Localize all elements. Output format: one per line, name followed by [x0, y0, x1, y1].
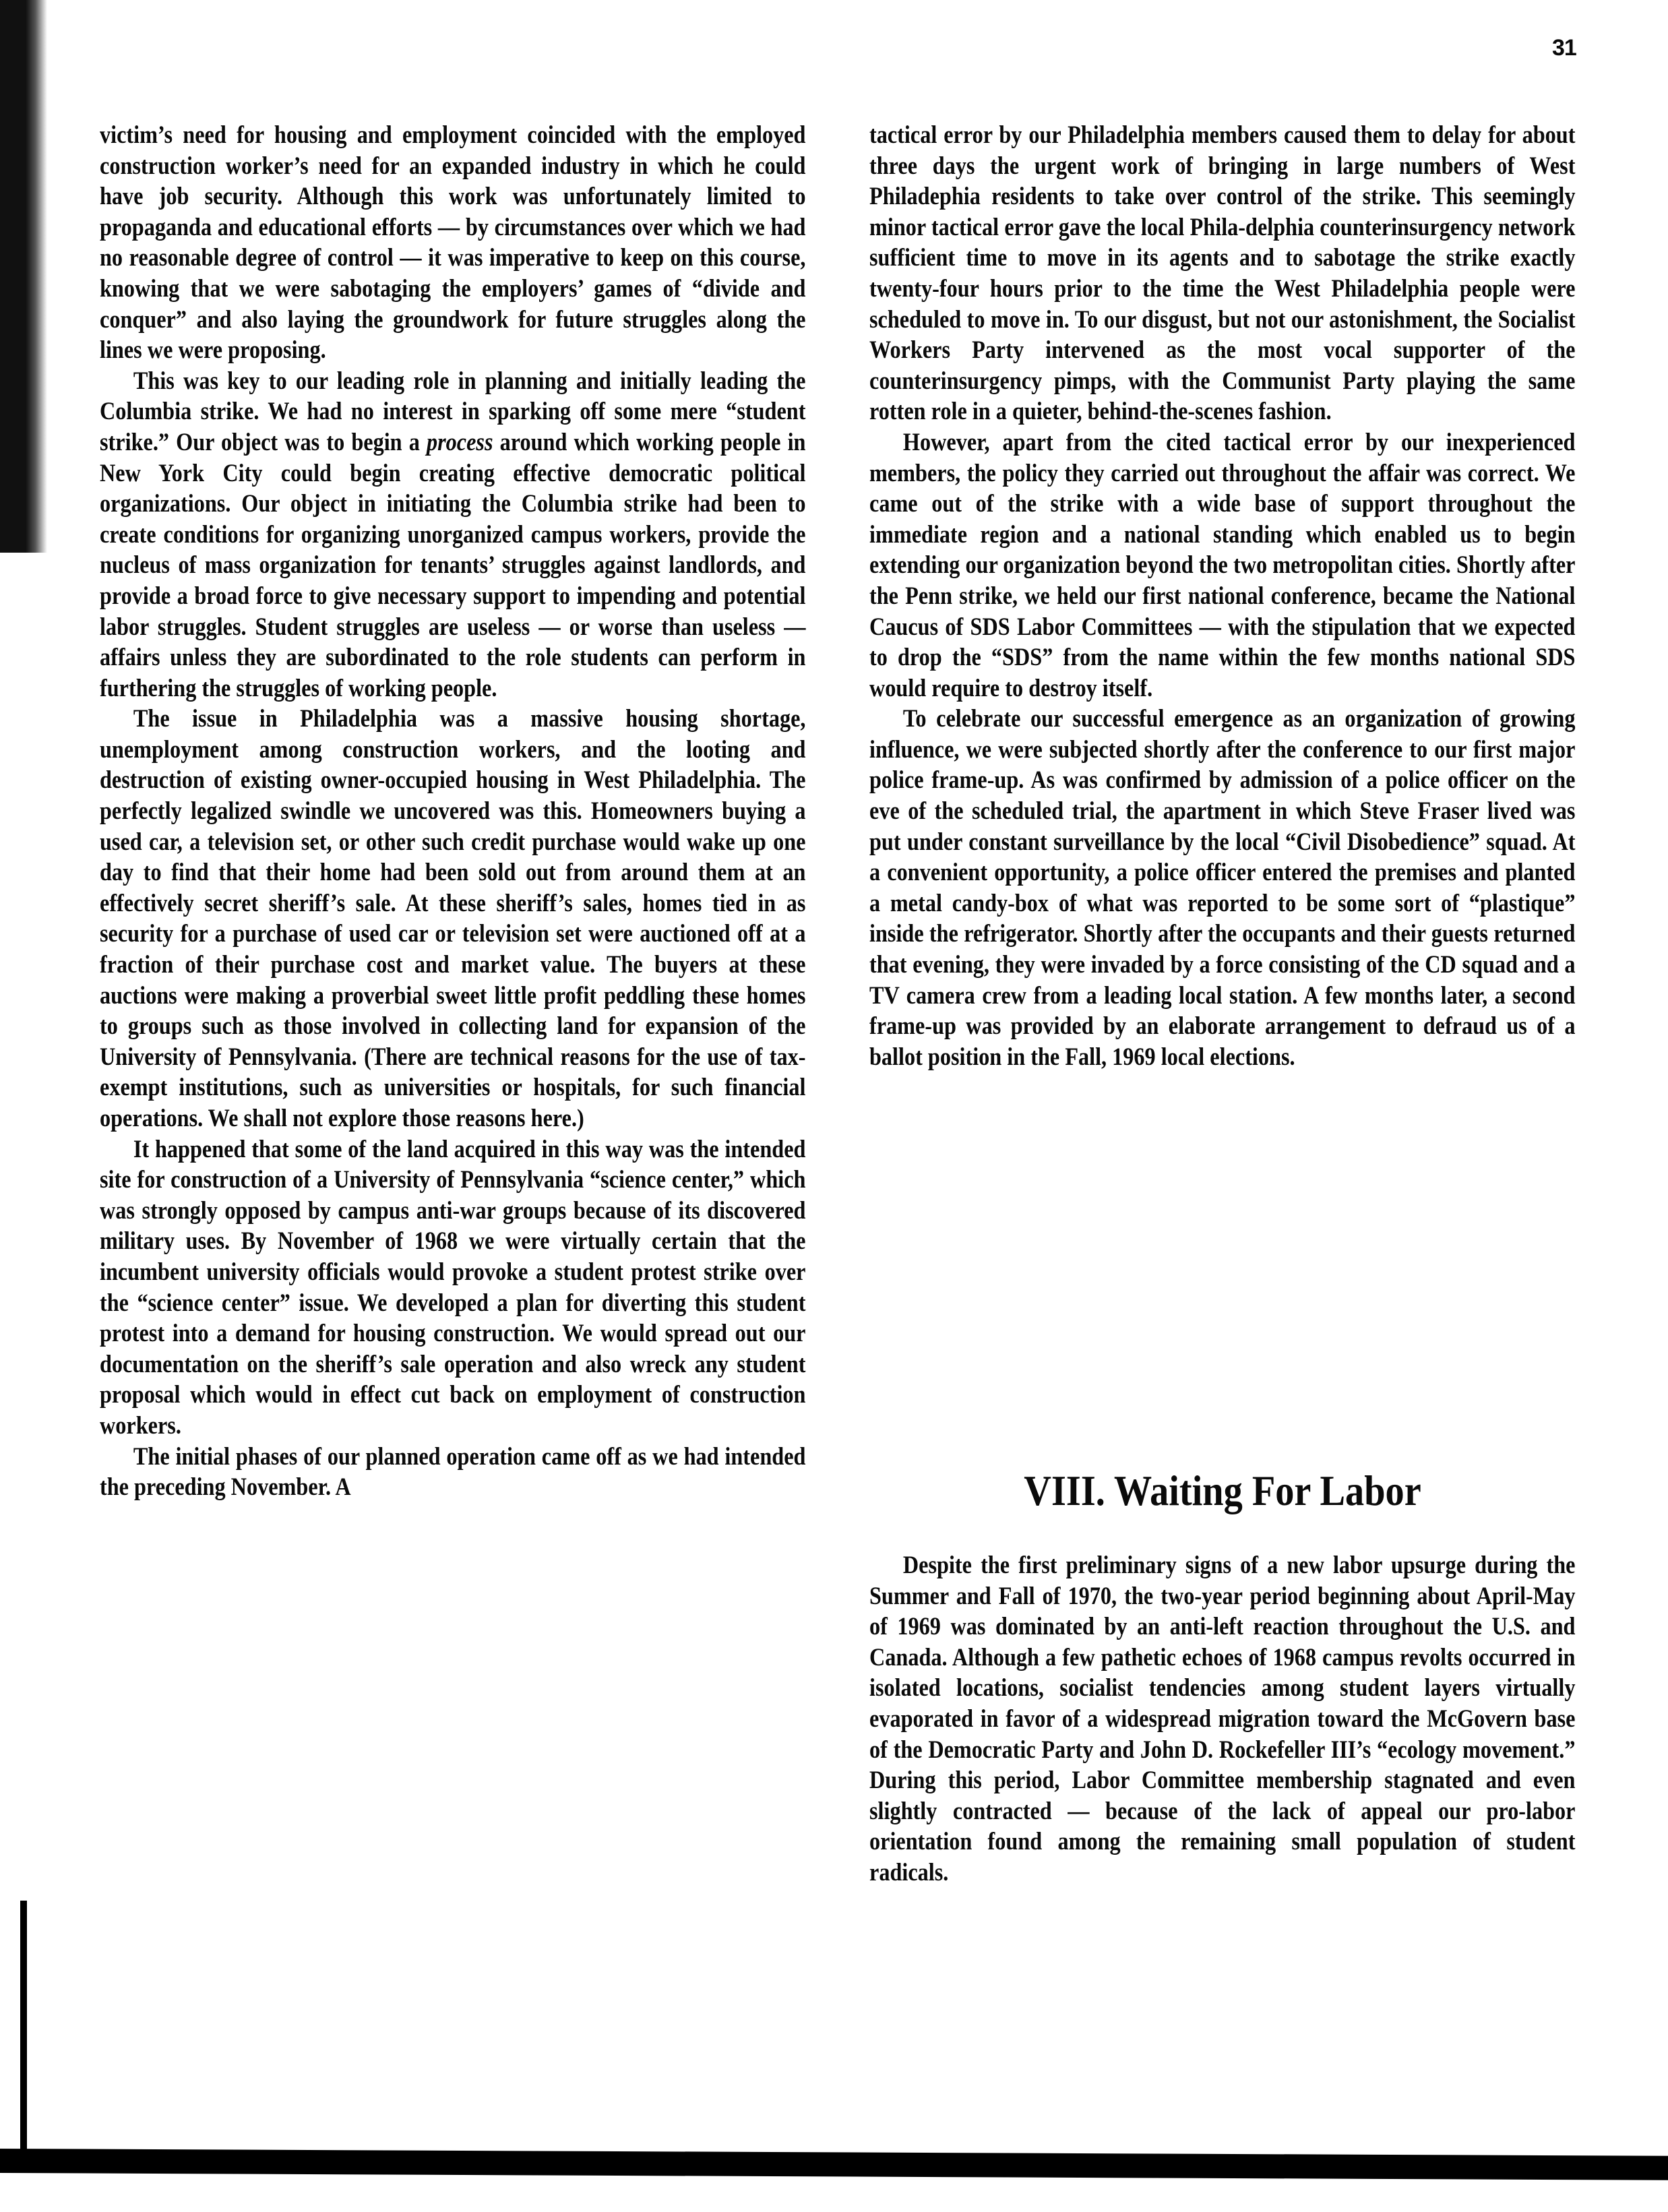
paragraph: However, apart from the cited tactical e…	[869, 427, 1575, 704]
right-column: tactical error by our Philadelphia membe…	[869, 120, 1576, 1072]
paragraph: This was key to our leading role in plan…	[100, 366, 805, 704]
emphasis-text: process	[427, 429, 493, 456]
paragraph: Despite the first preliminary signs of a…	[869, 1550, 1575, 1888]
bottom-border-bar	[0, 2149, 1668, 2180]
paragraph: To celebrate our successful emergence as…	[869, 704, 1575, 1072]
paragraph: tactical error by our Philadelphia membe…	[869, 120, 1575, 427]
left-column: victim’s need for housing and employment…	[100, 120, 806, 1503]
section-heading: VIII. Waiting For Labor	[912, 1464, 1533, 1518]
paragraph: The issue in Philadelphia was a massive …	[100, 704, 805, 1134]
paragraph-text: around which working people in New York …	[100, 429, 805, 702]
paragraph: The initial phases of our planned operat…	[100, 1442, 805, 1503]
scan-shadow-left-edge	[0, 0, 47, 553]
paragraph: victim’s need for housing and employment…	[100, 120, 805, 366]
left-border-rule	[20, 1901, 27, 2157]
section-body: Despite the first preliminary signs of a…	[869, 1550, 1576, 1888]
paragraph: It happened that some of the land acquir…	[100, 1134, 805, 1442]
page-number: 31	[1552, 35, 1576, 61]
